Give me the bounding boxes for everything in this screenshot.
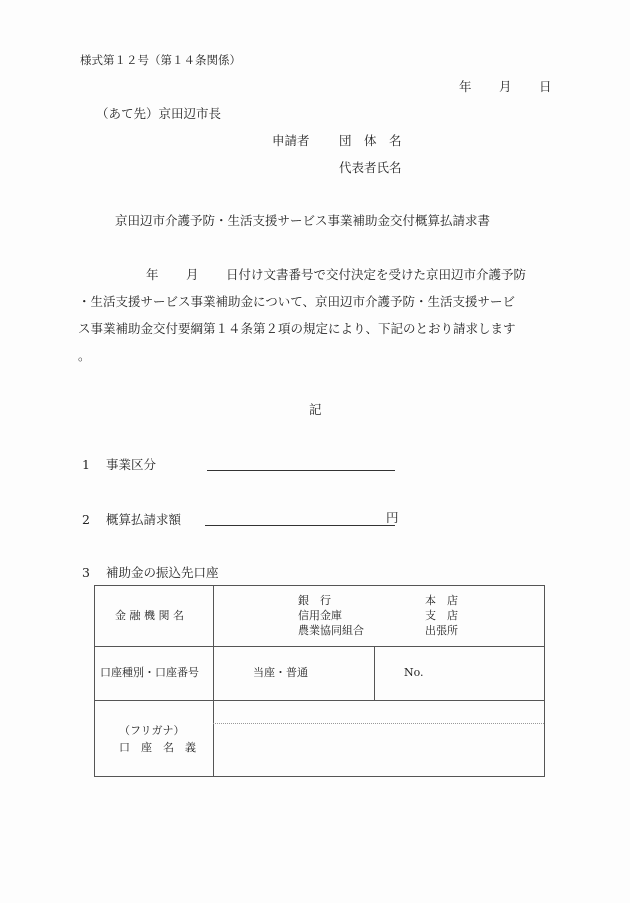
body-year: 年 [146,269,159,282]
option-nokyo[interactable]: 農業協同組合 [298,624,364,639]
date-month-label: 月 [499,81,512,94]
account-holder-input[interactable] [214,724,544,776]
request-amount-field[interactable] [205,525,395,526]
applicant-label: 申請者 [272,135,310,148]
account-table: 金 融 機 関 名 銀 行 信用金庫 農業協同組合 本 店 支 店 出張所 口座… [94,585,545,777]
option-bank[interactable]: 銀 行 [298,594,364,609]
org-name-label: 団 体 名 [339,135,402,148]
option-sub-branch[interactable]: 出張所 [425,624,458,639]
account-type-number-label: 口座種別・口座番号 [100,666,199,681]
financial-institution-label: 金 融 機 関 名 [115,609,184,624]
item-1-label: 事業区分 [106,459,156,472]
account-holder-label: 口 座 名 義 [119,741,196,756]
row-divider-1 [95,646,544,647]
option-head-office[interactable]: 本 店 [425,594,458,609]
date-day-label: 日 [539,81,552,94]
institution-type-options[interactable]: 銀 行 信用金庫 農業協同組合 [298,594,364,639]
option-branch[interactable]: 支 店 [425,609,458,624]
item-1-num: 1 [82,459,90,472]
item-3-label: 補助金の振込先口座 [106,567,219,580]
body-line3: ス事業補助金交付要綱第１４条第２項の規定により、下記のとおり請求します [78,323,516,336]
representative-label: 代表者氏名 [339,162,402,175]
ki-heading: 記 [309,404,322,417]
business-category-field[interactable] [207,470,395,471]
option-shinkin[interactable]: 信用金庫 [298,609,364,624]
body-line2: ・生活支援サービス事業補助金について、京田辺市介護予防・生活支援サービ [78,296,515,309]
addressee: （あて先）京田辺市長 [96,108,221,121]
furigana-input[interactable] [214,701,544,723]
branch-type-options[interactable]: 本 店 支 店 出張所 [425,594,458,639]
account-number-divider [374,646,375,700]
body-line1: 日付け文書番号で交付決定を受けた京田辺市介護予防 [226,269,526,282]
item-3-num: 3 [82,567,90,580]
yen-unit: 円 [386,512,399,525]
body-month: 月 [186,269,199,282]
furigana-label: （フリガナ） [119,724,184,739]
account-number-field[interactable]: No. [404,666,424,681]
item-2-label: 概算払請求額 [106,514,181,527]
account-type-field[interactable]: 当座・普通 [253,666,308,681]
document-title: 京田辺市介護予防・生活支援サービス事業補助金交付概算払請求書 [115,215,490,228]
form-number: 様式第１２号（第１４条関係） [80,55,241,67]
body-line4: 。 [78,350,91,363]
item-2-num: 2 [82,514,90,527]
date-year-label: 年 [459,81,472,94]
